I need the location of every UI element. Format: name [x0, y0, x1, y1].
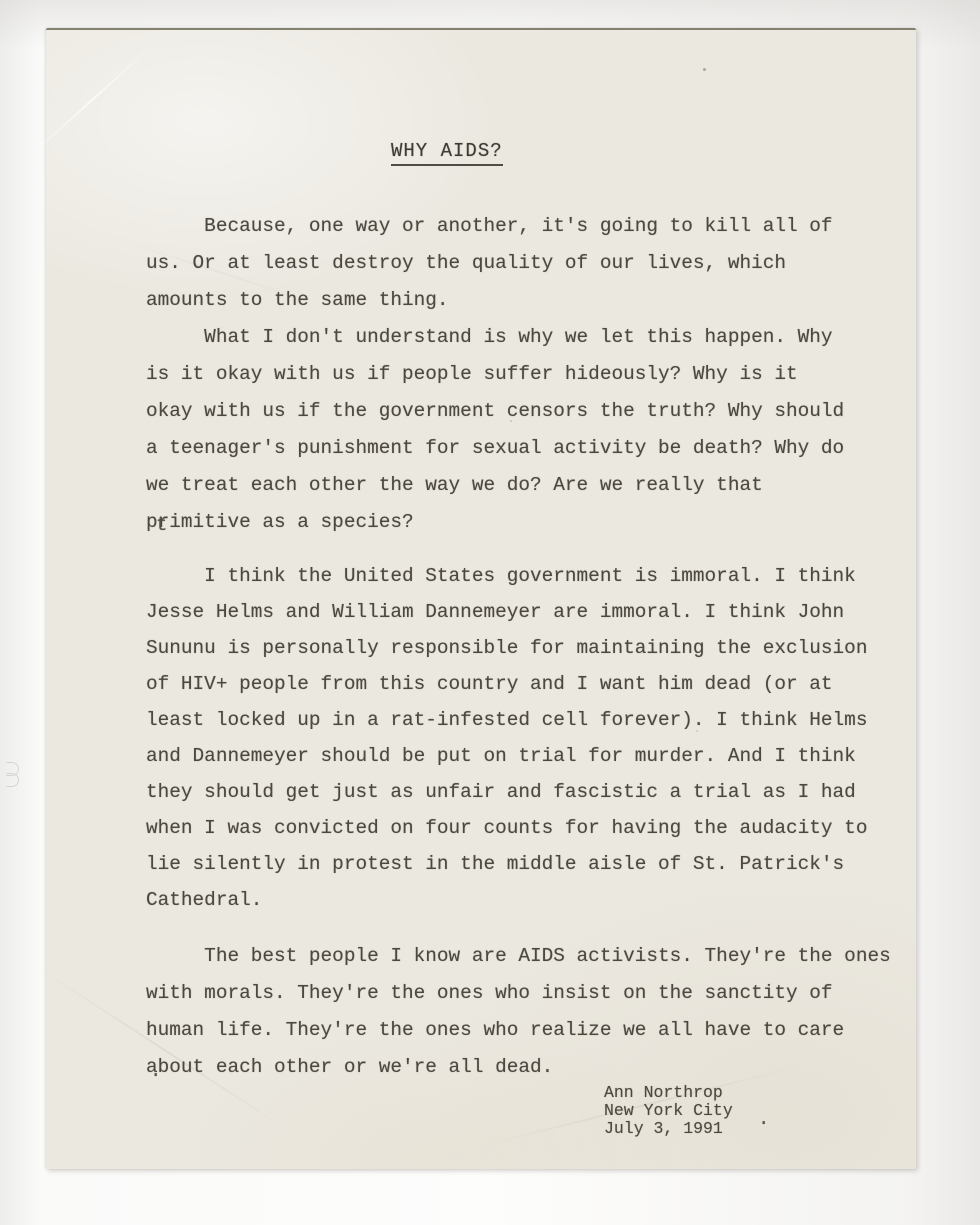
text-line: of HIV+ people from this country and I w… — [146, 666, 867, 702]
text-line: July 3, 1991 — [604, 1120, 733, 1138]
paper-crease — [27, 43, 155, 158]
text-line: New York City — [604, 1102, 733, 1120]
stray-period-mark: . — [758, 1108, 769, 1130]
text-line: Because, one way or another, it's going … — [146, 208, 844, 245]
paragraph-block-3: The best people I know are AIDS activist… — [146, 938, 891, 1086]
text-line: What I don't understand is why we let th… — [146, 319, 844, 356]
scan-speckle — [696, 730, 698, 732]
text-line: Jesse Helms and William Dannemeyer are i… — [146, 594, 867, 630]
text-line: I think the United States government is … — [146, 558, 867, 594]
document-page: WHY AIDS? Because, one way or another, i… — [46, 28, 916, 1169]
text-line: us. Or at least destroy the quality of o… — [146, 245, 844, 282]
text-line: is it okay with us if people suffer hide… — [146, 356, 844, 393]
text-line: Ann Northrop — [604, 1084, 733, 1102]
stray-period-mark: . — [150, 1060, 161, 1082]
text-line: Sununu is personally responsible for mai… — [146, 630, 867, 666]
stray-typed-character: t — [156, 514, 167, 536]
signature-block: Ann NorthropNew York CityJuly 3, 1991 — [604, 1084, 733, 1138]
text-line: Cathedral. — [146, 882, 867, 918]
text-line: primitive as a species? — [146, 504, 844, 541]
text-line: with morals. They're the ones who insist… — [146, 975, 891, 1012]
scan-speckle — [510, 420, 512, 422]
text-line: we treat each other the way we do? Are w… — [146, 467, 844, 504]
scanner-background: WHY AIDS? Because, one way or another, i… — [0, 0, 980, 1225]
text-line: and Dannemeyer should be put on trial fo… — [146, 738, 867, 774]
scan-speckle — [703, 68, 706, 71]
paragraph-block-2: I think the United States government is … — [146, 558, 867, 918]
text-line: human life. They're the ones who realize… — [146, 1012, 891, 1049]
text-line: least locked up in a rat-infested cell f… — [146, 702, 867, 738]
text-line: okay with us if the government censors t… — [146, 393, 844, 430]
document-title: WHY AIDS? — [391, 140, 503, 166]
text-line: about each other or we're all dead. — [146, 1049, 891, 1086]
text-line: when I was convicted on four counts for … — [146, 810, 867, 846]
margin-smudge-mark — [6, 762, 19, 786]
text-line: The best people I know are AIDS activist… — [146, 938, 891, 975]
text-line: lie silently in protest in the middle ai… — [146, 846, 867, 882]
paragraph-block-1: Because, one way or another, it's going … — [146, 208, 844, 541]
text-line: amounts to the same thing. — [146, 282, 844, 319]
text-line: they should get just as unfair and fasci… — [146, 774, 867, 810]
text-line: a teenager's punishment for sexual activ… — [146, 430, 844, 467]
